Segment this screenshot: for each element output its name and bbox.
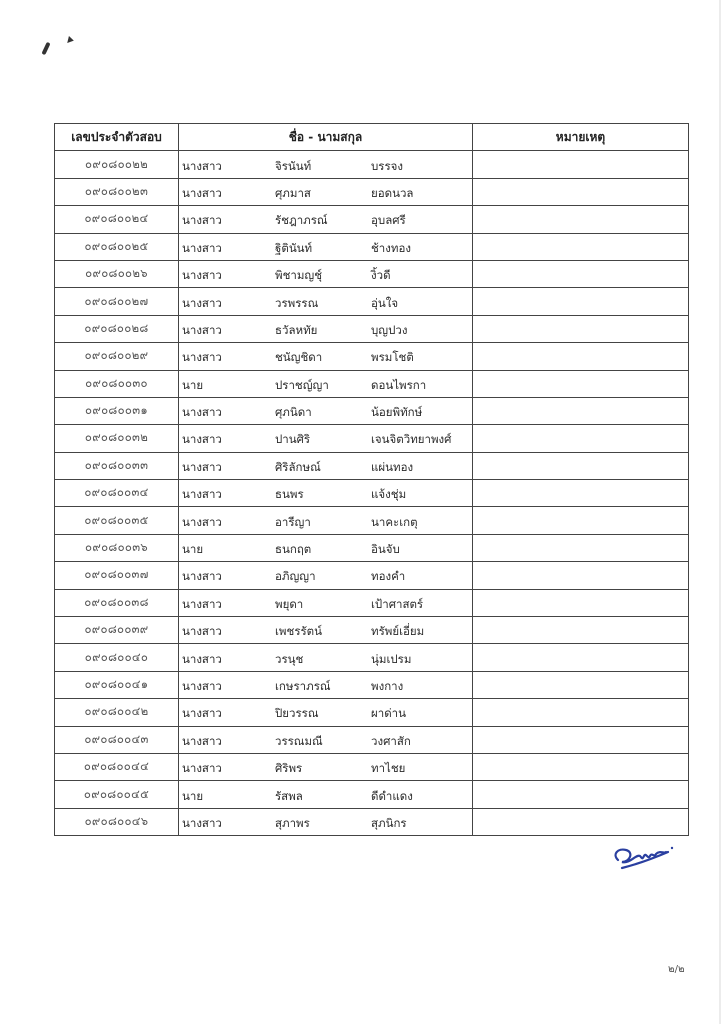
full-name-cell: นางสาวปิยวรรณผาด่าน bbox=[179, 699, 473, 726]
full-name-cell: นางสาวพิชามญชุ์งิ้วดี bbox=[179, 260, 473, 287]
exam-id-cell: ๐๙๐๘๐๐๒๖ bbox=[55, 260, 179, 287]
table-row: ๐๙๐๘๐๐๔๑นางสาวเกษราภรณ์พงกาง bbox=[55, 671, 689, 698]
exam-id-cell: ๐๙๐๘๐๐๓๙ bbox=[55, 617, 179, 644]
name-title: นางสาว bbox=[182, 431, 222, 449]
signature bbox=[608, 840, 678, 876]
scan-artifact-mark bbox=[65, 35, 74, 43]
table-row: ๐๙๐๘๐๐๔๐นางสาววรนุชนุ่มเปรม bbox=[55, 644, 689, 671]
first-name: ศิริลักษณ์ bbox=[275, 459, 321, 477]
remark-cell bbox=[473, 617, 689, 644]
first-name: อภิญญา bbox=[275, 568, 316, 586]
first-name: อารีญา bbox=[275, 513, 311, 531]
remark-cell bbox=[473, 781, 689, 808]
first-name: สุภาพร bbox=[275, 815, 310, 833]
name-title: นาย bbox=[182, 787, 203, 805]
last-name: ผาด่าน bbox=[371, 705, 406, 723]
table-row: ๐๙๐๘๐๐๓๘นางสาวพยุดาเป้าศาสตร์ bbox=[55, 589, 689, 616]
remark-cell bbox=[473, 480, 689, 507]
full-name-cell: นางสาวธวัลหทัยบุญปวง bbox=[179, 315, 473, 342]
name-title: นางสาว bbox=[182, 267, 222, 285]
exam-id-cell: ๐๙๐๘๐๐๔๔ bbox=[55, 753, 179, 780]
table-body: ๐๙๐๘๐๐๒๒นางสาวจิรนันท์บรรจง๐๙๐๘๐๐๒๓นางสา… bbox=[55, 151, 689, 836]
scan-edge-shadow bbox=[719, 0, 721, 1024]
exam-id-cell: ๐๙๐๘๐๐๓๐ bbox=[55, 370, 179, 397]
table-row: ๐๙๐๘๐๐๔๒นางสาวปิยวรรณผาด่าน bbox=[55, 699, 689, 726]
remark-cell bbox=[473, 562, 689, 589]
last-name: อุบลศรี bbox=[371, 212, 406, 230]
first-name: วรพรรณ bbox=[275, 294, 318, 312]
exam-id-cell: ๐๙๐๘๐๐๒๗ bbox=[55, 288, 179, 315]
first-name: พยุดา bbox=[275, 596, 303, 614]
remark-cell bbox=[473, 452, 689, 479]
exam-id-cell: ๐๙๐๘๐๐๓๕ bbox=[55, 507, 179, 534]
full-name-cell: นางสาวศุภมาสยอดนวล bbox=[179, 178, 473, 205]
exam-id-cell: ๐๙๐๘๐๐๒๒ bbox=[55, 151, 179, 178]
name-title: นางสาว bbox=[182, 294, 222, 312]
last-name: สุภนิกร bbox=[371, 815, 407, 833]
exam-id-cell: ๐๙๐๘๐๐๔๕ bbox=[55, 781, 179, 808]
exam-id-cell: ๐๙๐๘๐๐๒๔ bbox=[55, 206, 179, 233]
page-number: ๒/๒ bbox=[668, 962, 685, 977]
header-remark: หมายเหตุ bbox=[473, 124, 689, 151]
last-name: บรรจง bbox=[371, 157, 403, 175]
first-name: ฐิตินันท์ bbox=[275, 240, 312, 258]
exam-id-cell: ๐๙๐๘๐๐๔๐ bbox=[55, 644, 179, 671]
exam-id-cell: ๐๙๐๘๐๐๒๙ bbox=[55, 343, 179, 370]
last-name: เป้าศาสตร์ bbox=[371, 596, 423, 614]
first-name: ธนพร bbox=[275, 486, 304, 504]
name-title: นางสาว bbox=[182, 486, 222, 504]
last-name: ยอดนวล bbox=[371, 185, 413, 203]
remark-cell bbox=[473, 425, 689, 452]
full-name-cell: นางสาวเพชรรัตน์ทรัพย์เอี่ยม bbox=[179, 617, 473, 644]
table-row: ๐๙๐๘๐๐๒๒นางสาวจิรนันท์บรรจง bbox=[55, 151, 689, 178]
name-title: นางสาว bbox=[182, 240, 222, 258]
name-title: นางสาว bbox=[182, 650, 222, 668]
name-title: นางสาว bbox=[182, 212, 222, 230]
table-row: ๐๙๐๘๐๐๔๕นายรัสพลดีดำแดง bbox=[55, 781, 689, 808]
table-row: ๐๙๐๘๐๐๒๔นางสาวรัชฎาภรณ์อุบลศรี bbox=[55, 206, 689, 233]
table-row: ๐๙๐๘๐๐๓๒นางสาวปานศิริเจนจิตวิทยาพงศ์ bbox=[55, 425, 689, 452]
name-title: นางสาว bbox=[182, 568, 222, 586]
full-name-cell: นางสาวศุภนิดาน้อยพิทักษ์ bbox=[179, 397, 473, 424]
name-title: นางสาว bbox=[182, 760, 222, 778]
first-name: ศิริพร bbox=[275, 760, 302, 778]
full-name-cell: นางสาวสุภาพรสุภนิกร bbox=[179, 808, 473, 835]
first-name: รัชฎาภรณ์ bbox=[275, 212, 328, 230]
table-row: ๐๙๐๘๐๐๔๓นางสาววรรณมณีวงศาสัก bbox=[55, 726, 689, 753]
last-name: อินจับ bbox=[371, 541, 400, 559]
last-name: เจนจิตวิทยาพงศ์ bbox=[371, 431, 451, 449]
name-title: นางสาว bbox=[182, 185, 222, 203]
last-name: ดีดำแดง bbox=[371, 787, 413, 805]
table-row: ๐๙๐๘๐๐๔๔นางสาวศิริพรทาไชย bbox=[55, 753, 689, 780]
table-row: ๐๙๐๘๐๐๓๑นางสาวศุภนิดาน้อยพิทักษ์ bbox=[55, 397, 689, 424]
table-row: ๐๙๐๘๐๐๓๐นายปราชญ์ญาดอนไพรกา bbox=[55, 370, 689, 397]
candidate-roster-table: เลขประจำตัวสอบ ชื่อ - นามสกุล หมายเหตุ ๐… bbox=[54, 123, 689, 836]
first-name: ศุภนิดา bbox=[275, 404, 312, 422]
remark-cell bbox=[473, 151, 689, 178]
remark-cell bbox=[473, 315, 689, 342]
exam-id-cell: ๐๙๐๘๐๐๔๖ bbox=[55, 808, 179, 835]
table-row: ๐๙๐๘๐๐๓๕นางสาวอารีญานาคะเกตุ bbox=[55, 507, 689, 534]
full-name-cell: นางสาวพยุดาเป้าศาสตร์ bbox=[179, 589, 473, 616]
last-name: พรมโชติ bbox=[371, 349, 414, 367]
last-name: บุญปวง bbox=[371, 322, 407, 340]
full-name-cell: นางสาวฐิตินันท์ช้างทอง bbox=[179, 233, 473, 260]
remark-cell bbox=[473, 726, 689, 753]
full-name-cell: นางสาวศิริพรทาไชย bbox=[179, 753, 473, 780]
last-name: ช้างทอง bbox=[371, 240, 411, 258]
last-name: ทาไชย bbox=[371, 760, 405, 778]
first-name: ชนัญชิดา bbox=[275, 349, 322, 367]
exam-id-cell: ๐๙๐๘๐๐๔๑ bbox=[55, 671, 179, 698]
remark-cell bbox=[473, 644, 689, 671]
table-row: ๐๙๐๘๐๐๒๕นางสาวฐิตินันท์ช้างทอง bbox=[55, 233, 689, 260]
remark-cell bbox=[473, 753, 689, 780]
table-row: ๐๙๐๘๐๐๒๘นางสาวธวัลหทัยบุญปวง bbox=[55, 315, 689, 342]
last-name: นาคะเกตุ bbox=[371, 513, 418, 531]
full-name-cell: นางสาวปานศิริเจนจิตวิทยาพงศ์ bbox=[179, 425, 473, 452]
exam-id-cell: ๐๙๐๘๐๐๓๗ bbox=[55, 562, 179, 589]
first-name: พิชามญชุ์ bbox=[275, 267, 322, 285]
header-exam-id: เลขประจำตัวสอบ bbox=[55, 124, 179, 151]
remark-cell bbox=[473, 260, 689, 287]
remark-cell bbox=[473, 671, 689, 698]
name-title: นางสาว bbox=[182, 349, 222, 367]
exam-id-cell: ๐๙๐๘๐๐๓๔ bbox=[55, 480, 179, 507]
first-name: จิรนันท์ bbox=[275, 157, 311, 175]
full-name-cell: นายรัสพลดีดำแดง bbox=[179, 781, 473, 808]
last-name: ทรัพย์เอี่ยม bbox=[371, 623, 424, 641]
last-name: พงกาง bbox=[371, 678, 403, 696]
name-title: นางสาว bbox=[182, 678, 222, 696]
full-name-cell: นายธนกฤตอินจับ bbox=[179, 534, 473, 561]
first-name: ศุภมาส bbox=[275, 185, 311, 203]
full-name-cell: นางสาวชนัญชิดาพรมโชติ bbox=[179, 343, 473, 370]
last-name: นุ่มเปรม bbox=[371, 650, 411, 668]
remark-cell bbox=[473, 507, 689, 534]
full-name-cell: นางสาวจิรนันท์บรรจง bbox=[179, 151, 473, 178]
name-title: นางสาว bbox=[182, 459, 222, 477]
exam-id-cell: ๐๙๐๘๐๐๓๑ bbox=[55, 397, 179, 424]
first-name: ปราชญ์ญา bbox=[275, 377, 329, 395]
table-row: ๐๙๐๘๐๐๒๓นางสาวศุภมาสยอดนวล bbox=[55, 178, 689, 205]
table-row: ๐๙๐๘๐๐๔๖นางสาวสุภาพรสุภนิกร bbox=[55, 808, 689, 835]
full-name-cell: นางสาวอารีญานาคะเกตุ bbox=[179, 507, 473, 534]
full-name-cell: นางสาวเกษราภรณ์พงกาง bbox=[179, 671, 473, 698]
remark-cell bbox=[473, 808, 689, 835]
first-name: ธวัลหทัย bbox=[275, 322, 317, 340]
name-title: นางสาว bbox=[182, 404, 222, 422]
first-name: วรนุช bbox=[275, 650, 303, 668]
remark-cell bbox=[473, 178, 689, 205]
full-name-cell: นางสาวศิริลักษณ์แผ่นทอง bbox=[179, 452, 473, 479]
name-title: นางสาว bbox=[182, 596, 222, 614]
first-name: รัสพล bbox=[275, 787, 303, 805]
first-name: เกษราภรณ์ bbox=[275, 678, 331, 696]
last-name: แผ่นทอง bbox=[371, 459, 413, 477]
remark-cell bbox=[473, 699, 689, 726]
remark-cell bbox=[473, 343, 689, 370]
remark-cell bbox=[473, 206, 689, 233]
exam-id-cell: ๐๙๐๘๐๐๓๒ bbox=[55, 425, 179, 452]
name-title: นางสาว bbox=[182, 733, 222, 751]
last-name: แจ้งชุ่ม bbox=[371, 486, 406, 504]
name-title: นางสาว bbox=[182, 157, 222, 175]
remark-cell bbox=[473, 589, 689, 616]
last-name: วงศาสัก bbox=[371, 733, 411, 751]
remark-cell bbox=[473, 370, 689, 397]
remark-cell bbox=[473, 288, 689, 315]
exam-id-cell: ๐๙๐๘๐๐๔๒ bbox=[55, 699, 179, 726]
table-row: ๐๙๐๘๐๐๓๔นางสาวธนพรแจ้งชุ่ม bbox=[55, 480, 689, 507]
table-row: ๐๙๐๘๐๐๓๙นางสาวเพชรรัตน์ทรัพย์เอี่ยม bbox=[55, 617, 689, 644]
table-row: ๐๙๐๘๐๐๒๗นางสาววรพรรณอุ่นใจ bbox=[55, 288, 689, 315]
name-title: นาย bbox=[182, 541, 203, 559]
remark-cell bbox=[473, 233, 689, 260]
table-row: ๐๙๐๘๐๐๓๗นางสาวอภิญญาทองคำ bbox=[55, 562, 689, 589]
table-row: ๐๙๐๘๐๐๒๙นางสาวชนัญชิดาพรมโชติ bbox=[55, 343, 689, 370]
name-title: นาย bbox=[182, 377, 203, 395]
table-row: ๐๙๐๘๐๐๒๖นางสาวพิชามญชุ์งิ้วดี bbox=[55, 260, 689, 287]
first-name: ธนกฤต bbox=[275, 541, 311, 559]
name-title: นางสาว bbox=[182, 322, 222, 340]
name-title: นางสาว bbox=[182, 623, 222, 641]
header-full-name: ชื่อ - นามสกุล bbox=[179, 124, 473, 151]
full-name-cell: นางสาวธนพรแจ้งชุ่ม bbox=[179, 480, 473, 507]
exam-id-cell: ๐๙๐๘๐๐๓๘ bbox=[55, 589, 179, 616]
first-name: ปิยวรรณ bbox=[275, 705, 319, 723]
exam-id-cell: ๐๙๐๘๐๐๔๓ bbox=[55, 726, 179, 753]
full-name-cell: นางสาววรพรรณอุ่นใจ bbox=[179, 288, 473, 315]
last-name: น้อยพิทักษ์ bbox=[371, 404, 422, 422]
exam-id-cell: ๐๙๐๘๐๐๒๕ bbox=[55, 233, 179, 260]
last-name: อุ่นใจ bbox=[371, 294, 398, 312]
remark-cell bbox=[473, 534, 689, 561]
exam-id-cell: ๐๙๐๘๐๐๒๓ bbox=[55, 178, 179, 205]
scan-artifact-mark bbox=[41, 42, 50, 55]
last-name: งิ้วดี bbox=[371, 267, 391, 285]
name-title: นางสาว bbox=[182, 815, 222, 833]
first-name: วรรณมณี bbox=[275, 733, 323, 751]
exam-id-cell: ๐๙๐๘๐๐๒๘ bbox=[55, 315, 179, 342]
full-name-cell: นางสาวอภิญญาทองคำ bbox=[179, 562, 473, 589]
full-name-cell: นางสาวรัชฎาภรณ์อุบลศรี bbox=[179, 206, 473, 233]
full-name-cell: นายปราชญ์ญาดอนไพรกา bbox=[179, 370, 473, 397]
full-name-cell: นางสาววรนุชนุ่มเปรม bbox=[179, 644, 473, 671]
remark-cell bbox=[473, 397, 689, 424]
table-header-row: เลขประจำตัวสอบ ชื่อ - นามสกุล หมายเหตุ bbox=[55, 124, 689, 151]
first-name: เพชรรัตน์ bbox=[275, 623, 322, 641]
name-title: นางสาว bbox=[182, 513, 222, 531]
full-name-cell: นางสาววรรณมณีวงศาสัก bbox=[179, 726, 473, 753]
last-name: ดอนไพรกา bbox=[371, 377, 426, 395]
first-name: ปานศิริ bbox=[275, 431, 310, 449]
last-name: ทองคำ bbox=[371, 568, 405, 586]
name-title: นางสาว bbox=[182, 705, 222, 723]
table-row: ๐๙๐๘๐๐๓๖นายธนกฤตอินจับ bbox=[55, 534, 689, 561]
exam-id-cell: ๐๙๐๘๐๐๓๖ bbox=[55, 534, 179, 561]
table-row: ๐๙๐๘๐๐๓๓นางสาวศิริลักษณ์แผ่นทอง bbox=[55, 452, 689, 479]
exam-id-cell: ๐๙๐๘๐๐๓๓ bbox=[55, 452, 179, 479]
